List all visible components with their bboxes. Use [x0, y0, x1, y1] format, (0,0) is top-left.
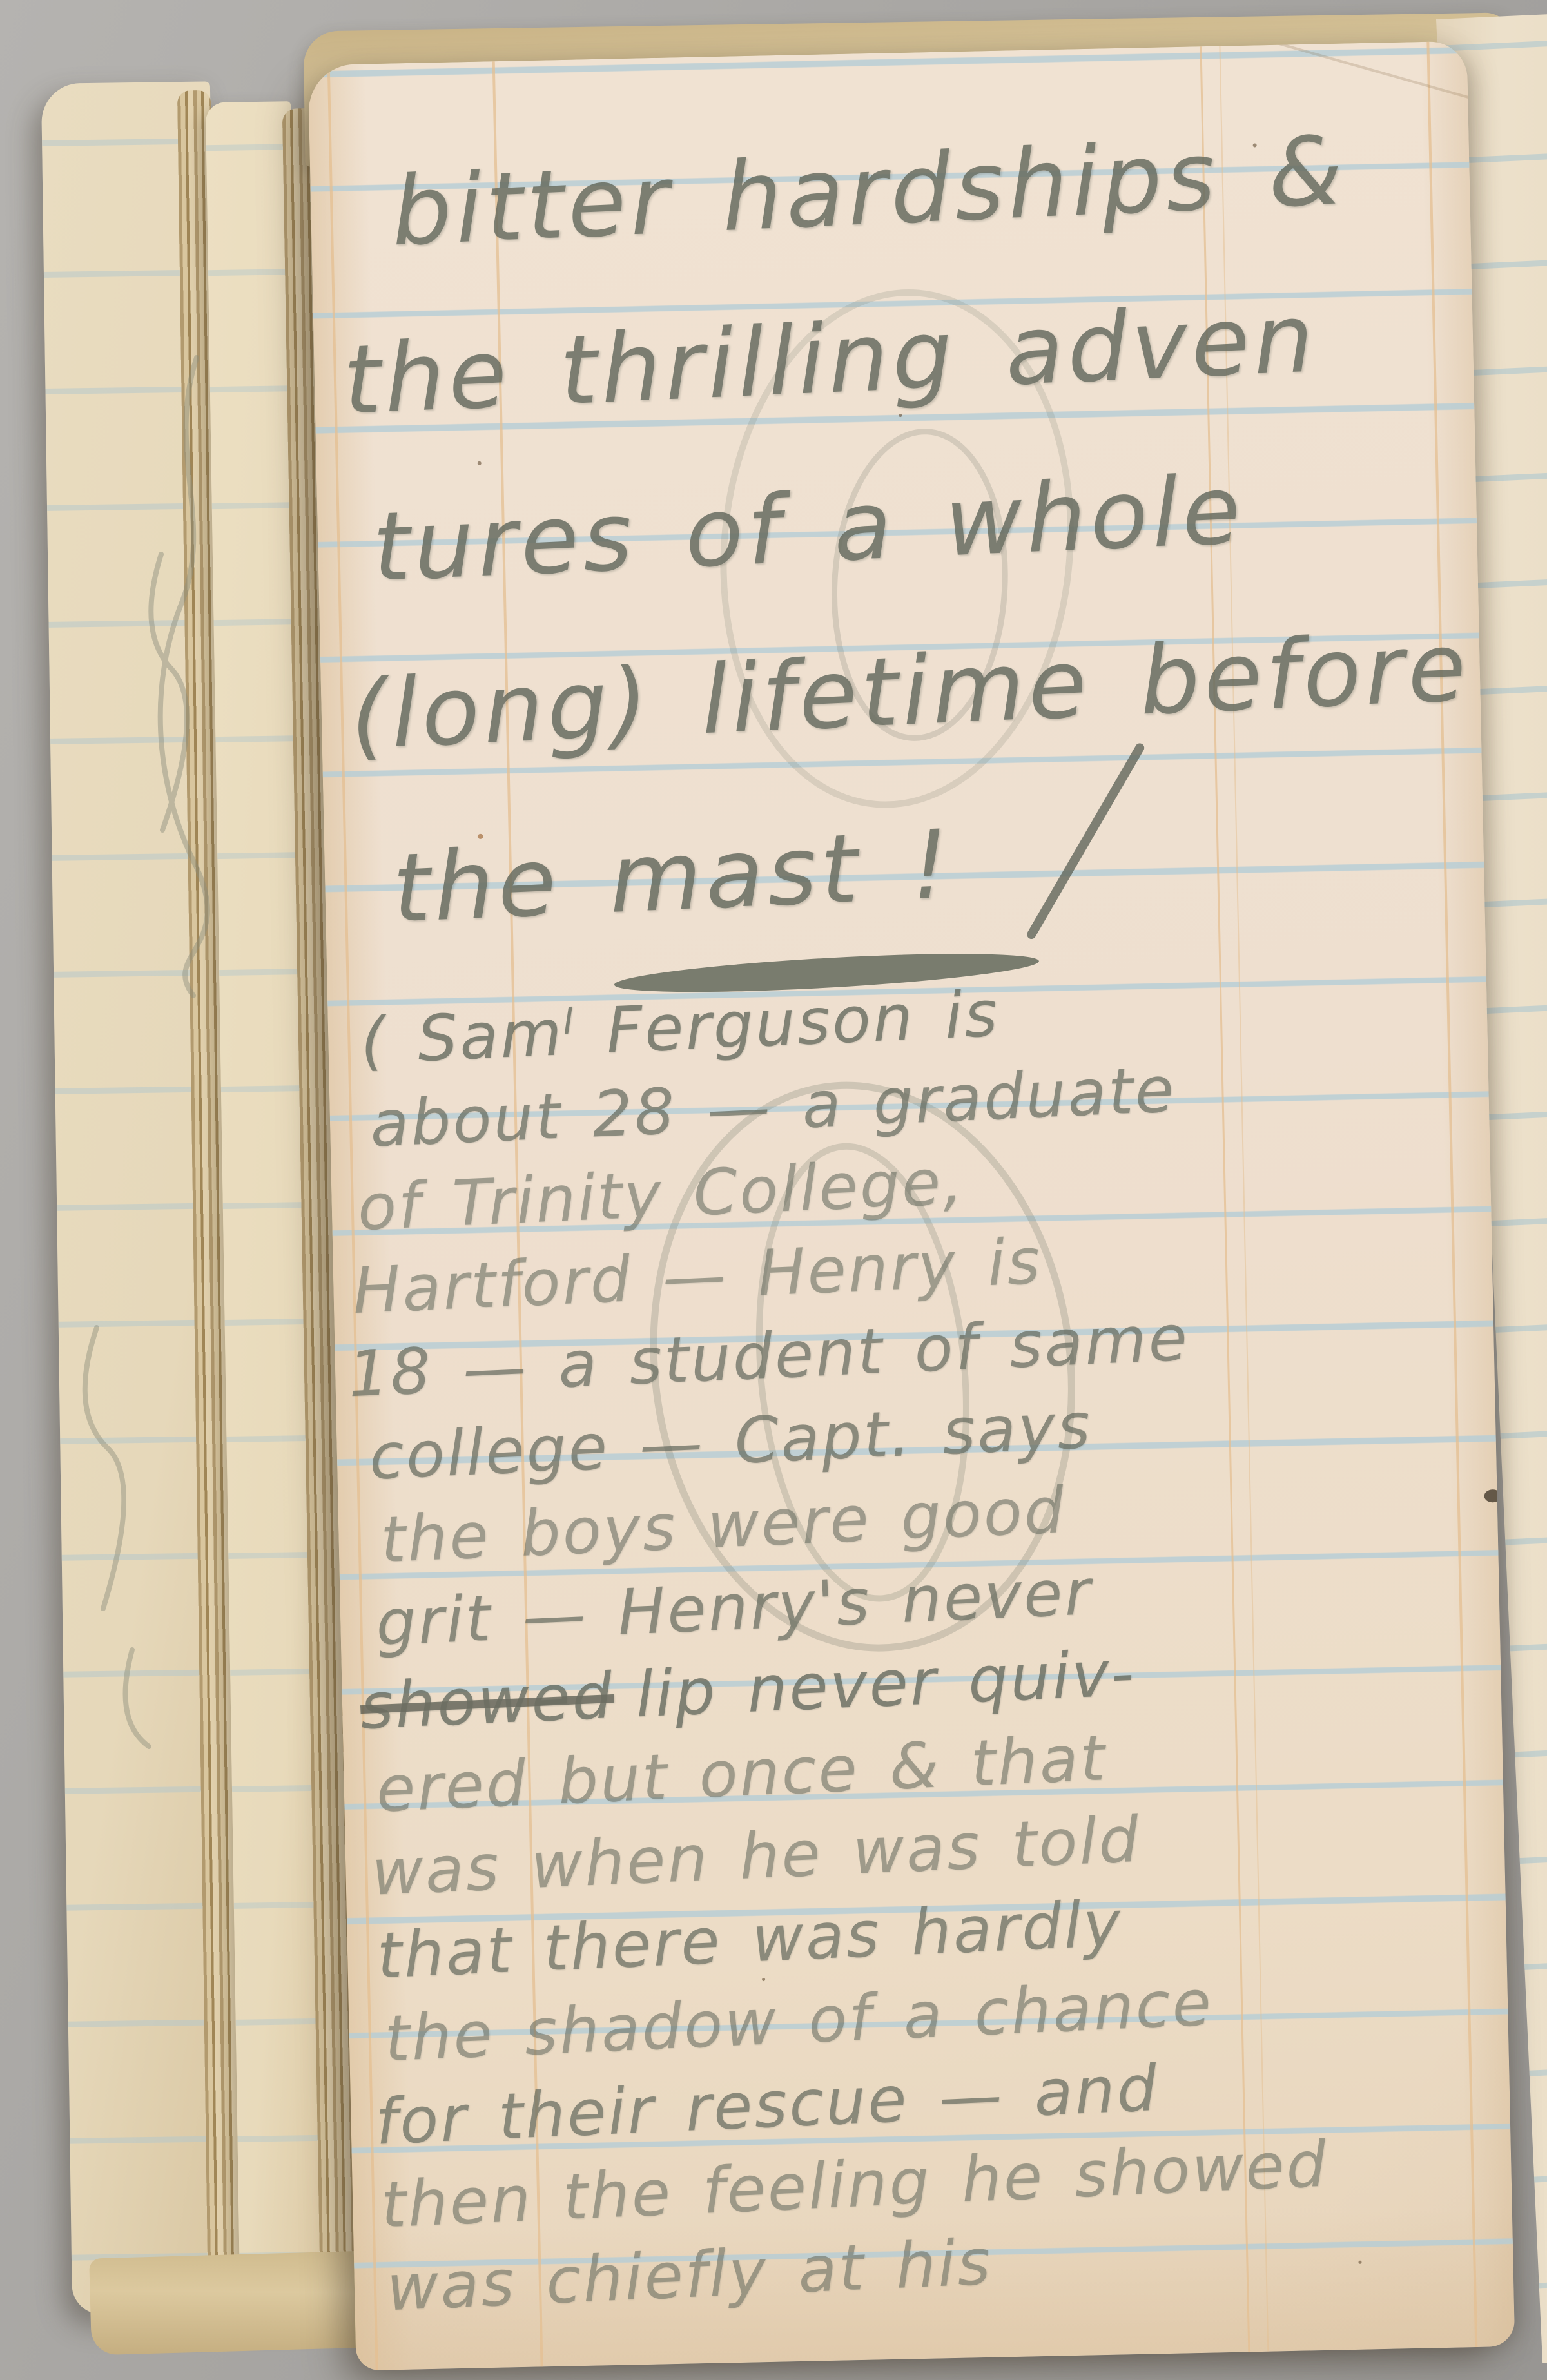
page-edge-notch — [1484, 1489, 1501, 1503]
notebook-page: bitter hardships & the thrilling adven t… — [308, 41, 1515, 2371]
struck-word: showed — [359, 1659, 616, 1744]
paper-speck — [478, 461, 482, 465]
paper-speck — [1358, 2261, 1361, 2264]
paper-speck — [762, 1978, 765, 1981]
slash-mark — [1027, 748, 1143, 934]
paper-speck — [1253, 143, 1257, 147]
notebook-photo-scene: bitter hardships & the thrilling adven t… — [0, 0, 1547, 2380]
paper-speck — [899, 414, 902, 417]
